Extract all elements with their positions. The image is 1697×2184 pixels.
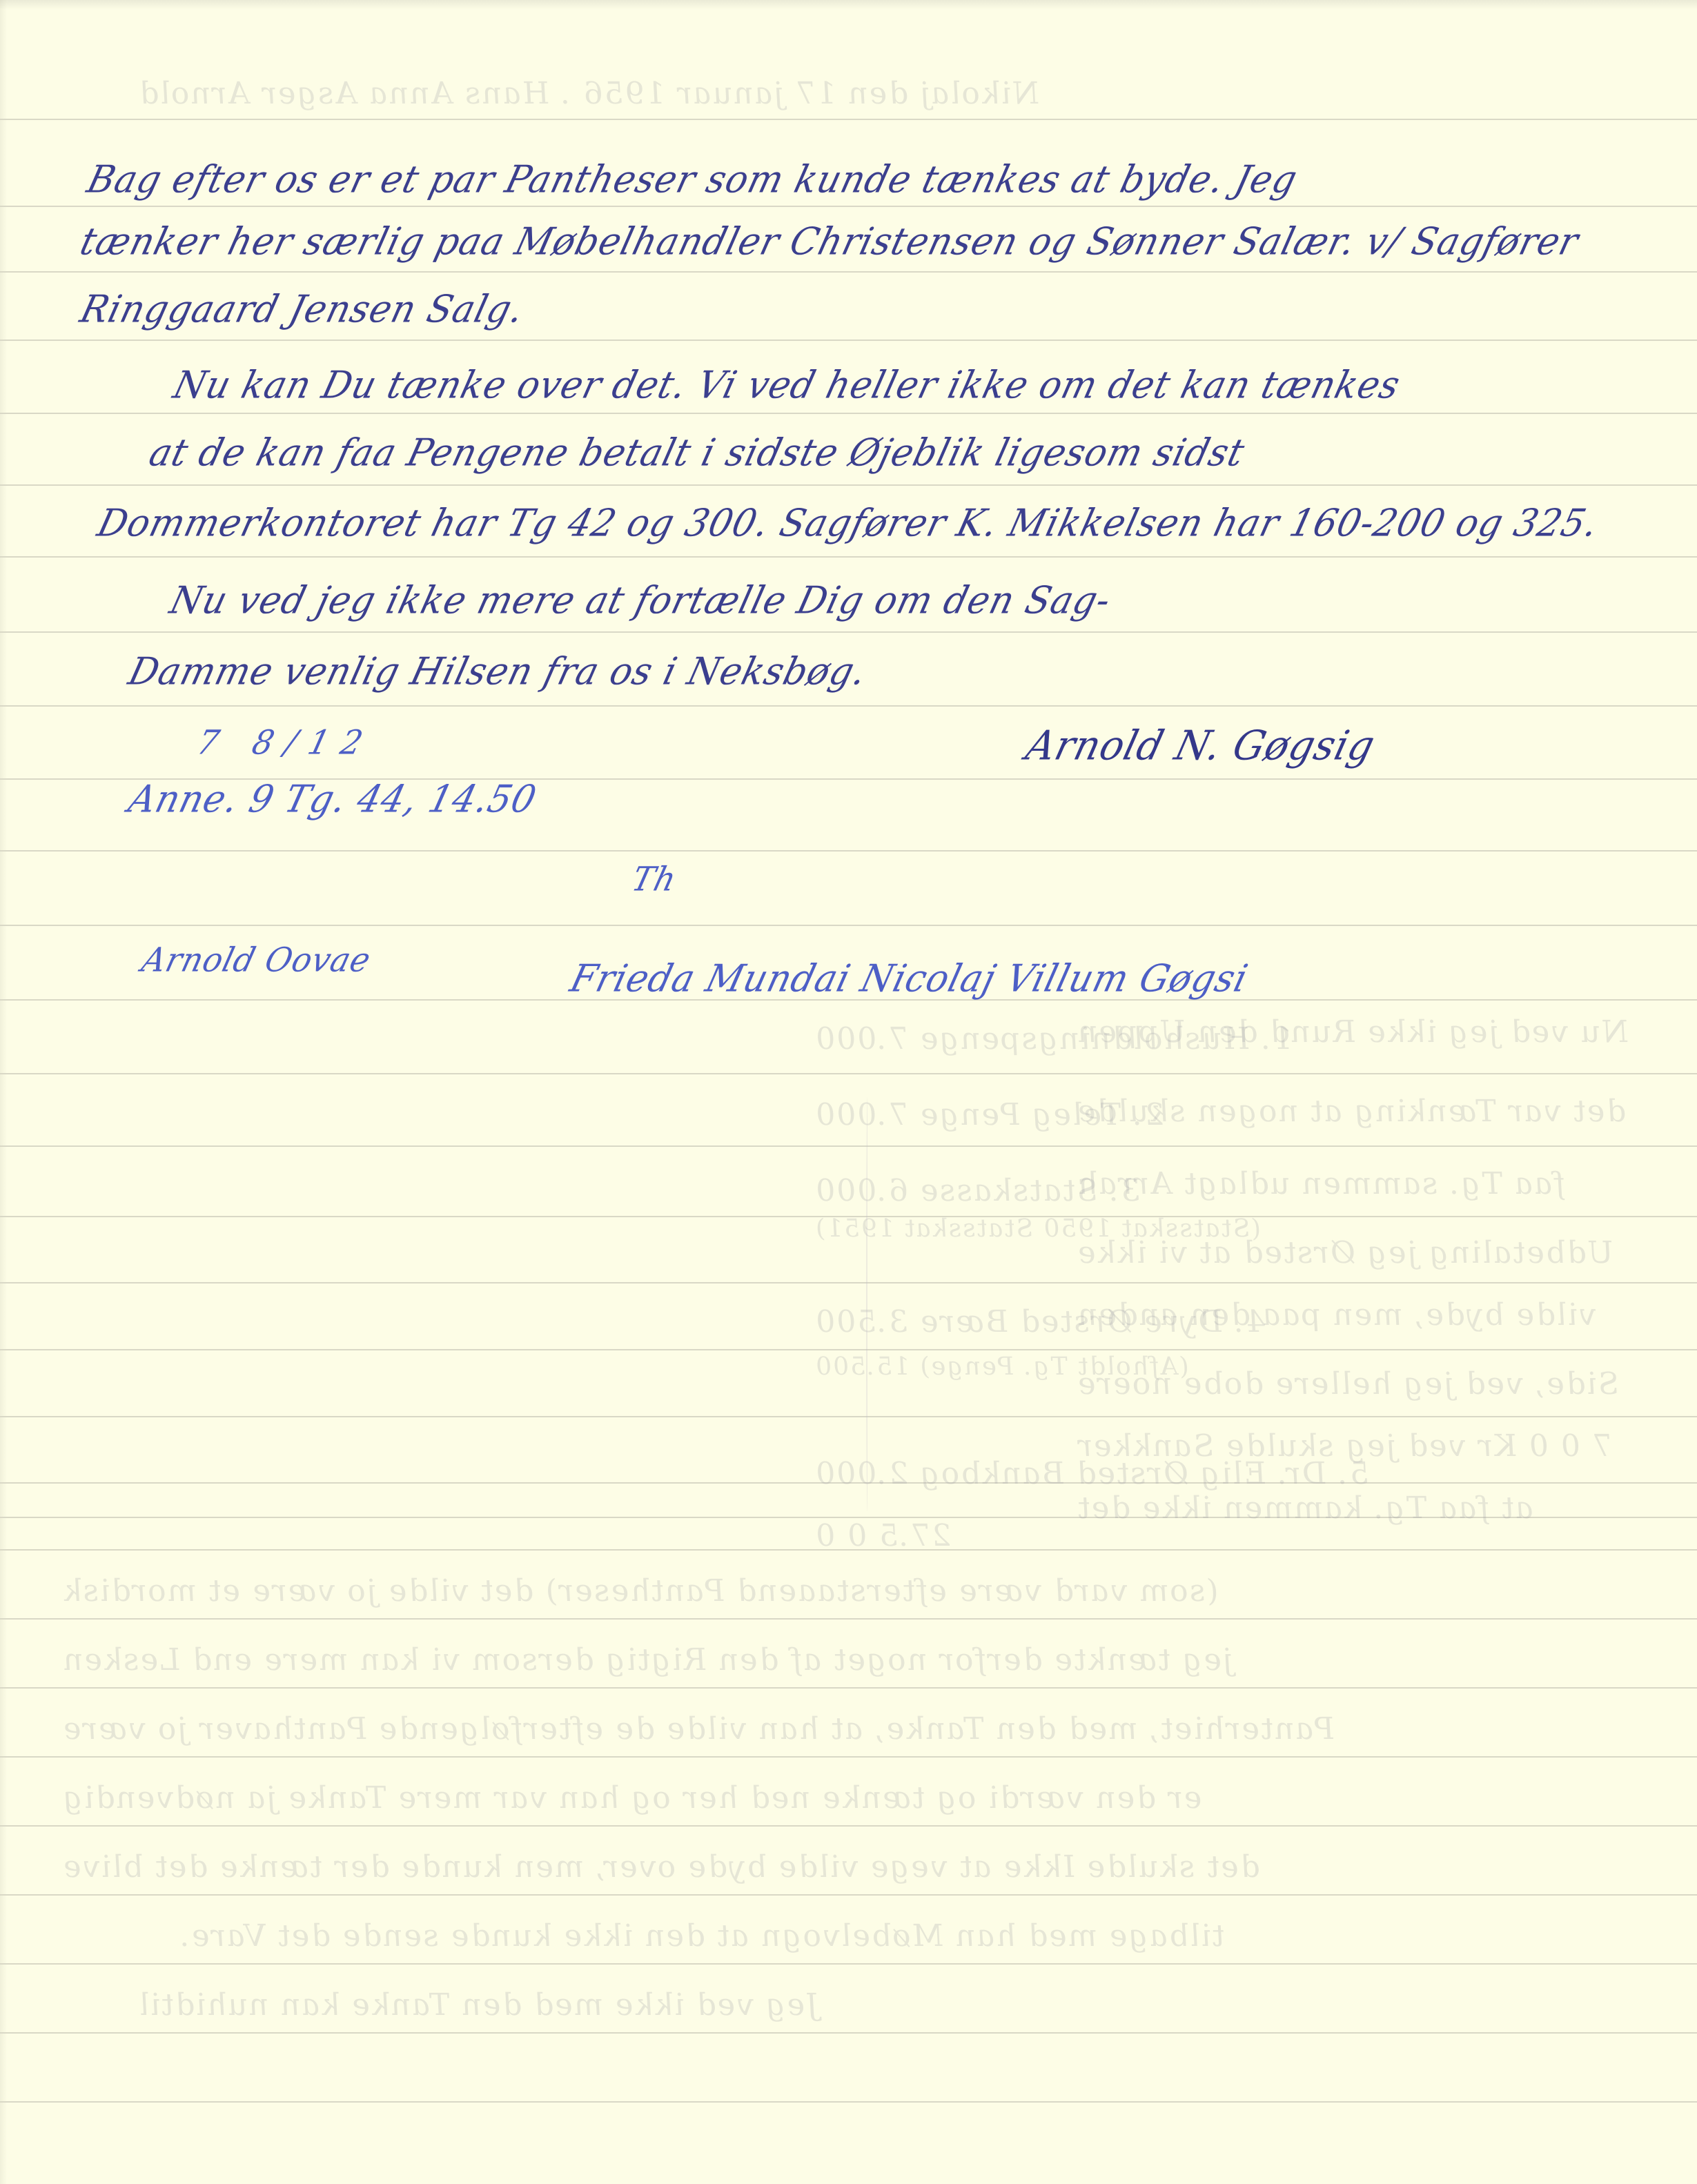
ruled-line bbox=[0, 119, 1697, 120]
bleed-through-text: tilbage med han Møbelvogn at den ikke ku… bbox=[177, 1918, 1226, 1954]
signature: Arnold N. Gøgsig bbox=[1021, 722, 1380, 769]
bleed-through-text: Nikolaj den 17 januar 1956 . Hans Anna A… bbox=[135, 76, 1041, 111]
bleed-through-text: er den værdi og tænke ned her og han var… bbox=[59, 1780, 1204, 1816]
bleed-through-text: jeg tænkte derfor noget af den Rigtig de… bbox=[59, 1642, 1235, 1678]
ruled-line bbox=[0, 2032, 1697, 2034]
letter-line: Damme venlig Hilsen fra os i Neksbøg. bbox=[124, 650, 871, 693]
bleed-through-bracket bbox=[866, 1097, 869, 1511]
annotation-note-line: Anne. 9 Tg. 44, 14.50 bbox=[124, 778, 541, 821]
annotation-names-right: Frieda Mundai Nicolaj Villum Gøgsi bbox=[566, 957, 1253, 1001]
ruled-line bbox=[0, 2101, 1697, 2103]
ruled-line bbox=[0, 1894, 1697, 1896]
ruled-line bbox=[0, 631, 1697, 633]
bleed-through-text: Panterhiet, med den Tanke, at han vilde … bbox=[59, 1711, 1336, 1747]
ruled-line bbox=[0, 484, 1697, 486]
letter-line: Dommerkontoret har Tg 42 og 300. Sagføre… bbox=[93, 502, 1603, 545]
ruled-line bbox=[0, 1282, 1697, 1283]
annotation-initials: Th bbox=[628, 859, 680, 898]
ruled-line bbox=[0, 340, 1697, 341]
ruled-line bbox=[0, 1687, 1697, 1689]
ruled-line bbox=[0, 206, 1697, 207]
bleed-through-text: Jeg ved ikke med den Tanke kan nuhidtil bbox=[135, 1987, 821, 2023]
bleed-through-text: faa Tg. sammen udlagt Arrah bbox=[1074, 1166, 1567, 1201]
ruled-line bbox=[0, 413, 1697, 414]
letter-page: Nikolaj den 17 januar 1956 . Hans Anna A… bbox=[0, 0, 1697, 2184]
ruled-line bbox=[0, 1145, 1697, 1147]
letter-line: tænker her særlig paa Møbelhandler Chris… bbox=[76, 220, 1583, 264]
ruled-line bbox=[0, 1349, 1697, 1350]
bleed-through-list-item: 27.5 0 0 bbox=[812, 1518, 953, 1553]
ruled-line bbox=[0, 850, 1697, 852]
ruled-line bbox=[0, 925, 1697, 926]
bleed-through-list-item: 2. Teleg Penge 7.000 bbox=[812, 1097, 1166, 1132]
bleed-through-list-item: 3. Statskasse 6.000 bbox=[812, 1173, 1142, 1208]
bleed-through-list-item: 1. Husholdningspenge 7.000 bbox=[812, 1021, 1295, 1056]
bleed-through-text: det skulde Ikke at vege vilde byde over,… bbox=[59, 1849, 1262, 1885]
ruled-line bbox=[0, 705, 1697, 707]
ruled-line bbox=[0, 1825, 1697, 1827]
bleed-through-list-item: 4. Dyre Ørsted Bære 3.500 bbox=[812, 1304, 1268, 1339]
ruled-line bbox=[0, 1756, 1697, 1758]
ruled-line bbox=[0, 556, 1697, 558]
letter-line: at de kan faa Pengene betalt i sidste Øj… bbox=[145, 431, 1249, 475]
bleed-through-list-item: (Afholdt Tg. Penge) 15.500 bbox=[812, 1352, 1191, 1381]
letter-line: Bag efter os er et par Pantheser som kun… bbox=[83, 158, 1302, 201]
ruled-line bbox=[0, 1618, 1697, 1620]
ruled-line bbox=[0, 1963, 1697, 1965]
annotation-date-fraction: 7 8/12 bbox=[193, 722, 379, 762]
ruled-line bbox=[0, 1416, 1697, 1417]
bleed-through-text: (som vard være efterstaaend Pantheser) d… bbox=[59, 1573, 1221, 1609]
letter-line: Nu kan Du tænke over det. Vi ved heller … bbox=[169, 364, 1404, 407]
bleed-through-list-item: (Statsskat 1950 Statsskat 1951) bbox=[812, 1214, 1263, 1243]
bleed-through-text: at faa Tg. kammen ikke det bbox=[1074, 1491, 1536, 1526]
bleed-through-list-item: 5. Dr. Elig Ørsted Bankbog 2.000 bbox=[812, 1456, 1371, 1491]
letter-line: Ringgaard Jensen Salg. bbox=[76, 288, 529, 331]
letter-line: Nu ved jeg ikke mere at fortælle Dig om … bbox=[166, 579, 1115, 622]
annotation-name-left: Arnold Oovae bbox=[138, 940, 375, 979]
ruled-line bbox=[0, 271, 1697, 273]
ruled-line bbox=[0, 1073, 1697, 1074]
